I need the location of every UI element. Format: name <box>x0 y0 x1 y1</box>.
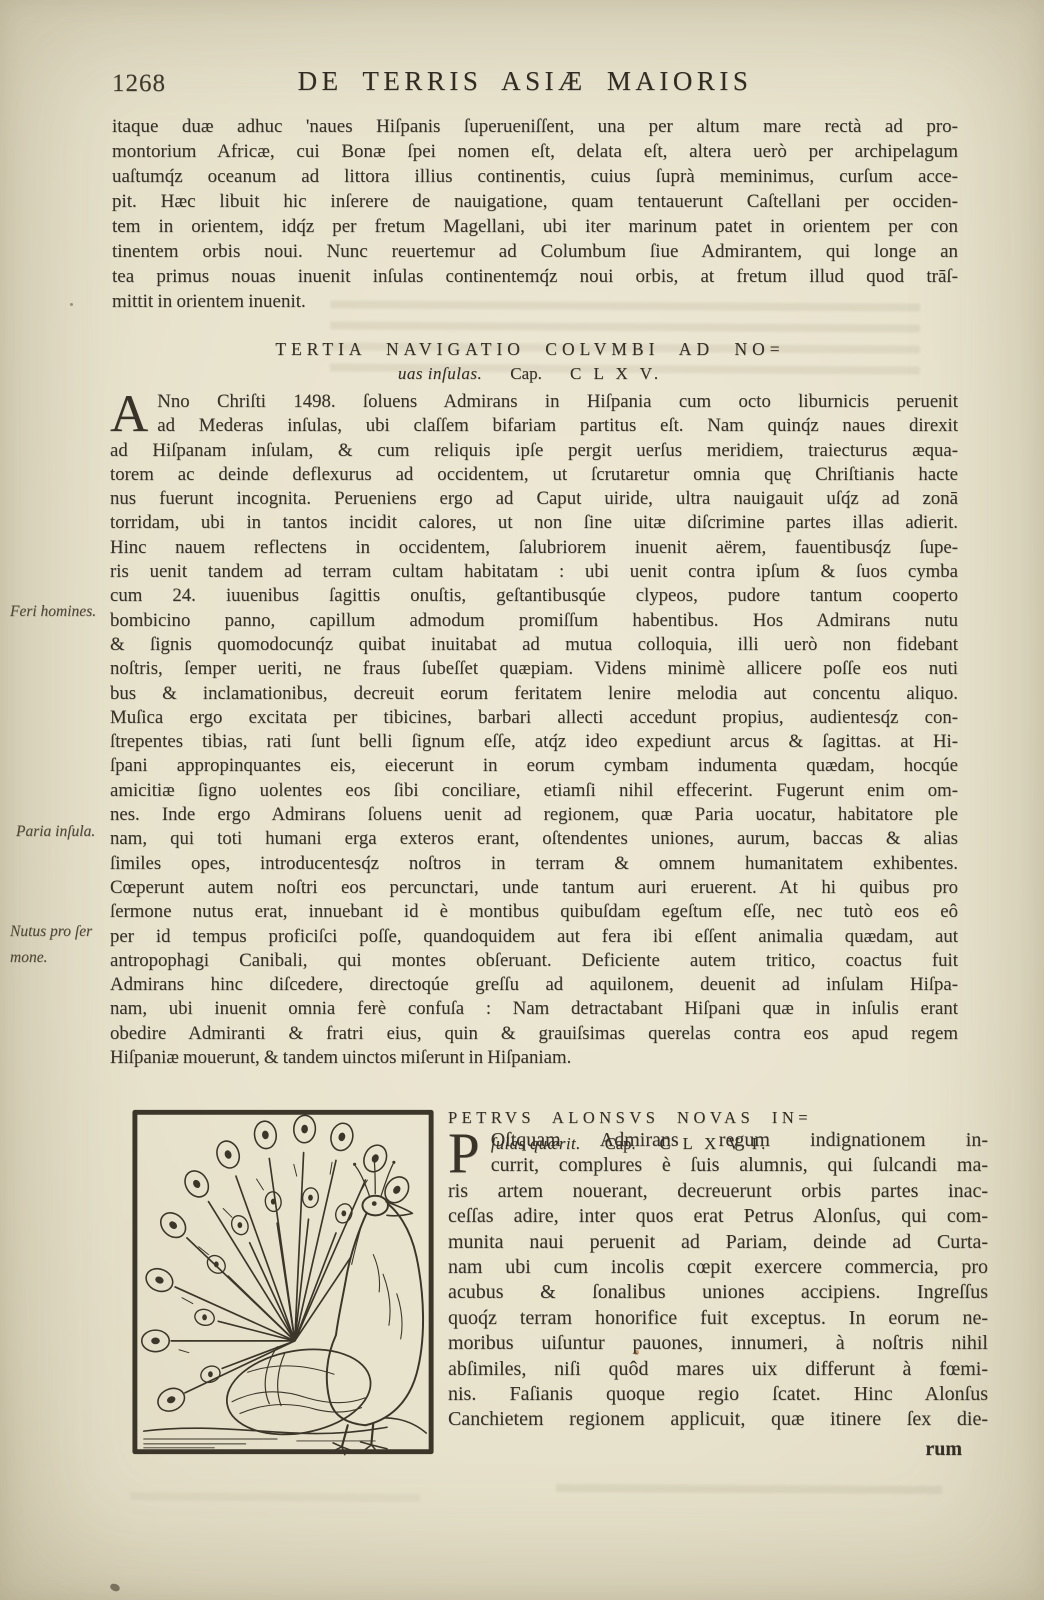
text-line: mone. <box>10 945 110 971</box>
margin-note-nutus-pro-sermone: Nutus pro ſermone. <box>10 919 110 971</box>
text-line: Muſica ergo excitata per tibicines, barb… <box>110 706 958 730</box>
book-page: 1268 DE TERRIS ASIÆ MAIORIS itaque duæ a… <box>0 0 1044 1600</box>
ink-speck <box>70 303 73 306</box>
chapter-165-text: A Nno Chriſti 1498. ſoluens Admirans in … <box>110 390 958 1070</box>
chapter-166-cap-label: Cap. <box>605 1134 636 1154</box>
text-line: currit, complures è ſuis alumnis, qui ſu… <box>448 1153 988 1178</box>
text-line: bus & inclamationibus, decreuit eorum fe… <box>110 682 958 706</box>
chapter-166: PETRVS ALONSVS NOVAS IN= ſulas quærit. C… <box>448 1108 988 1462</box>
text-line: Hinc nauem reflectens in occidentem, ſal… <box>110 536 958 560</box>
ink-speck <box>109 1582 121 1592</box>
text-line: per id tempus proficiſci poſſe, quandoqu… <box>110 925 958 949</box>
intro-paragraph: itaque duæ adhuc 'naues Hiſpanis ſuperue… <box>112 114 958 314</box>
chapter-165-lines: Nno Chriſti 1498. ſoluens Admirans in Hi… <box>110 390 958 1070</box>
text-line: ad Mederas inſulas, ubi claſſem bifariam… <box>110 414 958 438</box>
chapter-165-cap-label: Cap. <box>510 364 542 384</box>
running-title: DE TERRIS ASIÆ MAIORIS <box>298 66 753 96</box>
text-line: nes. Inde ergo Admirans ſoluens uenit ad… <box>110 803 958 827</box>
text-line: ſermone nutus erat, innuebant id è monti… <box>110 900 958 924</box>
margin-note-paria-insula: Paria inſula. <box>16 819 116 845</box>
chapter-166-subtitle: ſulas quærit. <box>491 1134 581 1154</box>
text-line: nus fuerunt incognita. Perueniens ergo a… <box>110 487 958 511</box>
peacock-woodcut-illustration <box>130 1104 438 1464</box>
page-number: 1268 <box>112 70 166 98</box>
text-line: montorium Africæ, cui Bonæ ſpei nomen eſ… <box>112 139 958 164</box>
text-line: abſimiles, niſi quôd mares uix differunt… <box>448 1357 988 1382</box>
text-line: noſtris, ſemper ueriti, ne fraus ſubeſſe… <box>110 657 958 681</box>
text-line: tinentem orbis noui. Nunc reuertemur ad … <box>112 239 958 264</box>
page-header: 1268 DE TERRIS ASIÆ MAIORIS <box>88 66 962 97</box>
chapter-165-heading: TERTIA NAVIGATIO COLVMBI AD NO= uas inſu… <box>150 339 910 384</box>
text-line: Nutus pro ſer <box>10 919 110 945</box>
text-line: Admirans hinc diſcedere, directoqúe greſ… <box>110 973 958 997</box>
text-line: ſimiles opes, introducentesq́z noſtros i… <box>110 852 958 876</box>
chapter-166-lines: Oſtquam Admirans regum indignationem in-… <box>448 1128 988 1433</box>
text-line: nam, ubi inuenit omnia ferè confuſa : Na… <box>110 997 958 1021</box>
text-line: ſpani appropinquantes eis, eiecerunt in … <box>110 754 958 778</box>
text-line: & ſignis quomodocunq́z quibat inuitabat … <box>110 633 958 657</box>
chapter-166-number: C L X V I. <box>659 1134 769 1154</box>
text-line: uaſtumq́z oceanum ad littora illius cont… <box>112 164 958 189</box>
text-line: ſtrepentes tibias, rati ſunt belli ſignu… <box>110 730 958 754</box>
chapter-166-heading-line1: PETRVS ALONSVS NOVAS IN= <box>448 1108 812 1128</box>
text-line: amicitiæ ſigno uolentes eos ſibi concili… <box>110 779 958 803</box>
chapter-165-heading-line1: TERTIA NAVIGATIO COLVMBI AD NO= <box>150 339 910 360</box>
text-line: obedire Admiranti & fratri eius, quin & … <box>110 1022 958 1046</box>
text-line: ceſſas adire, inter quos erat Petrus Alo… <box>448 1204 988 1229</box>
text-line: ad Hiſpanam inſulam, & cum reliquis ipſe… <box>110 439 958 463</box>
text-line: quoq́z terram honorifice fuit exceptus. … <box>448 1306 988 1331</box>
text-line: pit. Hæc libuit hic inſerere de nauigati… <box>112 189 958 214</box>
chapter-166-text: P Oſtquam Admirans regum indignationem i… <box>448 1128 988 1462</box>
text-line: torem ac deinde deflexurus ad occidentem… <box>110 463 958 487</box>
text-line: nis. Faſianis quoque regio ſcatet. Hinc … <box>448 1382 988 1407</box>
chapter-165-number: C L X V. <box>570 364 662 384</box>
text-line: acubus & ſonalibus uniones accipiens. In… <box>448 1280 988 1305</box>
chapter-165-heading-line2: uas inſulas. Cap. C L X V. <box>150 364 910 384</box>
chapter-166-heading-line2: ſulas quærit. Cap. C L X V I. <box>448 1134 812 1154</box>
chapter-166-heading: PETRVS ALONSVS NOVAS IN= ſulas quærit. C… <box>448 1108 812 1154</box>
text-line: Hiſpaniæ mouerunt, & tandem uinctos miſe… <box>110 1046 958 1070</box>
catchword: rum <box>448 1437 988 1462</box>
text-line: mittit in orientem inuenit. <box>112 289 958 314</box>
chapter-165-subtitle: uas inſulas. <box>398 364 482 384</box>
text-line: moribus uiſuntur pauones, innumeri, à no… <box>448 1331 988 1356</box>
text-line: nam ubi cum incolis cœpit exercere comme… <box>448 1255 988 1280</box>
drop-cap-a: A <box>110 390 157 437</box>
text-line: nam, qui toti humani erga exteros erant,… <box>110 827 958 851</box>
text-line: Paria inſula. <box>16 819 116 845</box>
text-line: tea primus nouas inuenit inſulas contine… <box>112 264 958 289</box>
text-line: Feri homines. <box>10 599 110 625</box>
text-line: Cœperunt autem noſtri eos percunctari, u… <box>110 876 958 900</box>
ink-bleed-through <box>556 1475 942 1507</box>
text-line: torridam, ubi in tantos incidit calores,… <box>110 511 958 535</box>
text-line: ris artem nouerant, decreuerunt orbis pa… <box>448 1179 988 1204</box>
text-line: antropophagi Canibali, qui montes obſeru… <box>110 949 958 973</box>
text-line: tem in orientem, idq́z per fretum Magell… <box>112 214 958 239</box>
text-line: bombicino panno, capillum admodum promiſ… <box>110 609 958 633</box>
peacock-drawing <box>130 1104 438 1464</box>
text-line: Canchietem regionem applicuit, quæ itine… <box>448 1407 988 1432</box>
text-line: Nno Chriſti 1498. ſoluens Admirans in Hi… <box>110 390 958 414</box>
text-line: cum 24. iuuenibus ſagittis onuſtis, geſt… <box>110 584 958 608</box>
text-line: itaque duæ adhuc 'naues Hiſpanis ſuperue… <box>112 114 958 139</box>
text-line: munita naui peruenit ad Pariam, deinde a… <box>448 1230 988 1255</box>
margin-note-feri-homines: Feri homines. <box>10 599 110 625</box>
ink-bleed-through <box>130 1489 420 1515</box>
text-line: ris uenit tandem ad terram cultam habita… <box>110 560 958 584</box>
